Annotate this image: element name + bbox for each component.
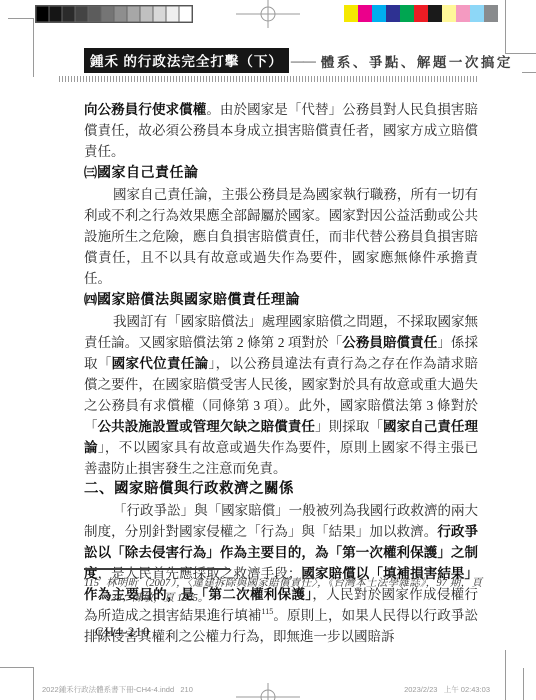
footnote-reference: 115	[262, 607, 274, 616]
body-text-run: 」則採取「	[315, 419, 383, 434]
crop-mark-bottom-left	[33, 667, 34, 700]
crop-mark-top-left	[33, 18, 34, 77]
book-subtitle: 體系、爭點、解題一次搞定	[321, 51, 513, 71]
color-calibration-bar	[344, 5, 498, 22]
color-swatch	[372, 5, 386, 22]
body-paragraph: 向公務員行使求償權。由於國家是「代替」公務員對人民負損害賠償責任，故必須公務員本…	[84, 99, 478, 162]
grayscale-swatch	[49, 6, 62, 22]
footnote: 115 林明昕（2007），〈違建拆除與國家賠償責任〉，《台灣本土法學雜誌》，9…	[84, 576, 482, 606]
section-heading: 二、國家賠償與行政救濟之關係	[84, 479, 478, 500]
footnote-number: 115	[84, 576, 106, 606]
grayscale-swatch	[75, 6, 88, 22]
color-swatch	[400, 5, 414, 22]
body-text-run: 國家自己責任論，主張公務員是為國家執行職務，所有一切有利或不利之行為效果應全部歸…	[84, 187, 478, 286]
grayscale-swatch	[179, 6, 192, 22]
book-title: 鍾禾 的行政法完全打擊（下）	[84, 48, 289, 73]
crop-mark-bottom-right	[523, 668, 524, 700]
grayscale-swatch	[140, 6, 153, 22]
grayscale-swatch	[88, 6, 101, 22]
header-tick-rule	[59, 76, 478, 82]
registration-mark-top	[236, 0, 300, 28]
footnote-text: 林明昕（2007），〈違建拆除與國家賠償責任〉，《台灣本土法學雜誌》，97 期，…	[106, 576, 482, 606]
registration-mark-bottom	[236, 683, 300, 700]
color-swatch	[442, 5, 456, 22]
grayscale-calibration-bar	[35, 5, 193, 23]
grayscale-swatch	[166, 6, 179, 22]
body-text-run: 「行政爭訟」與「國家賠償」一般被列為我國行政救濟的兩大制度，分別針對國家侵權之「…	[84, 503, 478, 539]
sub-heading: ㈣國家賠償法與國家賠償責任理論	[84, 289, 478, 311]
crop-mark-top-left	[8, 18, 33, 19]
grayscale-swatch	[127, 6, 140, 22]
emphasized-text: 國家代位責任論	[112, 356, 209, 371]
grayscale-swatch	[36, 6, 49, 22]
color-swatch	[428, 5, 442, 22]
crop-mark-top-right	[505, 0, 506, 53]
color-swatch	[484, 5, 498, 22]
grayscale-swatch	[62, 6, 75, 22]
color-swatch	[358, 5, 372, 22]
color-swatch	[470, 5, 484, 22]
color-swatch	[414, 5, 428, 22]
heading-text: 國家賠償法與國家賠償責任理論	[97, 293, 300, 308]
timestamp-slug: 2023/2/23 上午 02:43:03	[404, 684, 490, 695]
body-paragraph: 我國訂有「國家賠償法」處理國家賠償之問題，不採取國家無責任論。又國家賠償法第 2…	[84, 311, 478, 479]
header-dash: ——	[291, 53, 315, 69]
color-swatch	[344, 5, 358, 22]
page-body: 向公務員行使求償權。由於國家是「代替」公務員對人民負損害賠償責任，故必須公務員本…	[84, 99, 478, 647]
body-paragraph: 國家自己責任論，主張公務員是為國家執行職務，所有一切有利或不利之行為效果應全部歸…	[84, 184, 478, 289]
emphasized-text: 向公務員行使求償權	[84, 102, 206, 117]
heading-text: 國家自己責任論	[97, 166, 199, 181]
page-header: 鍾禾 的行政法完全打擊（下） —— 體系、爭點、解題一次搞定	[84, 48, 484, 73]
color-swatch	[386, 5, 400, 22]
color-swatch	[456, 5, 470, 22]
crop-mark-bottom-left	[0, 667, 33, 668]
sub-heading: ㈢國家自己責任論	[84, 162, 478, 184]
heading-marker: ㈣	[84, 292, 97, 307]
grayscale-swatch	[101, 6, 114, 22]
emphasized-text: 公共設施設置或管理欠缺之賠償責任	[98, 419, 315, 434]
crop-mark-bottom-right	[505, 650, 506, 700]
file-name-slug: 2022鍾禾行政法體系書下冊-CH4-4.indd 210	[42, 684, 193, 695]
crop-mark-top-right	[522, 72, 536, 73]
page-number-label: CH4-210	[95, 624, 150, 640]
heading-marker: ㈢	[84, 165, 97, 180]
body-text-run: 」，不以國家具有故意或過失作為要件，原則上國家不得主張已善盡防止損害發生之注意而…	[84, 440, 478, 476]
emphasized-text: 公務員賠償責任	[342, 335, 437, 350]
footnote-separator	[84, 568, 230, 570]
grayscale-swatch	[114, 6, 127, 22]
grayscale-swatch	[153, 6, 166, 22]
